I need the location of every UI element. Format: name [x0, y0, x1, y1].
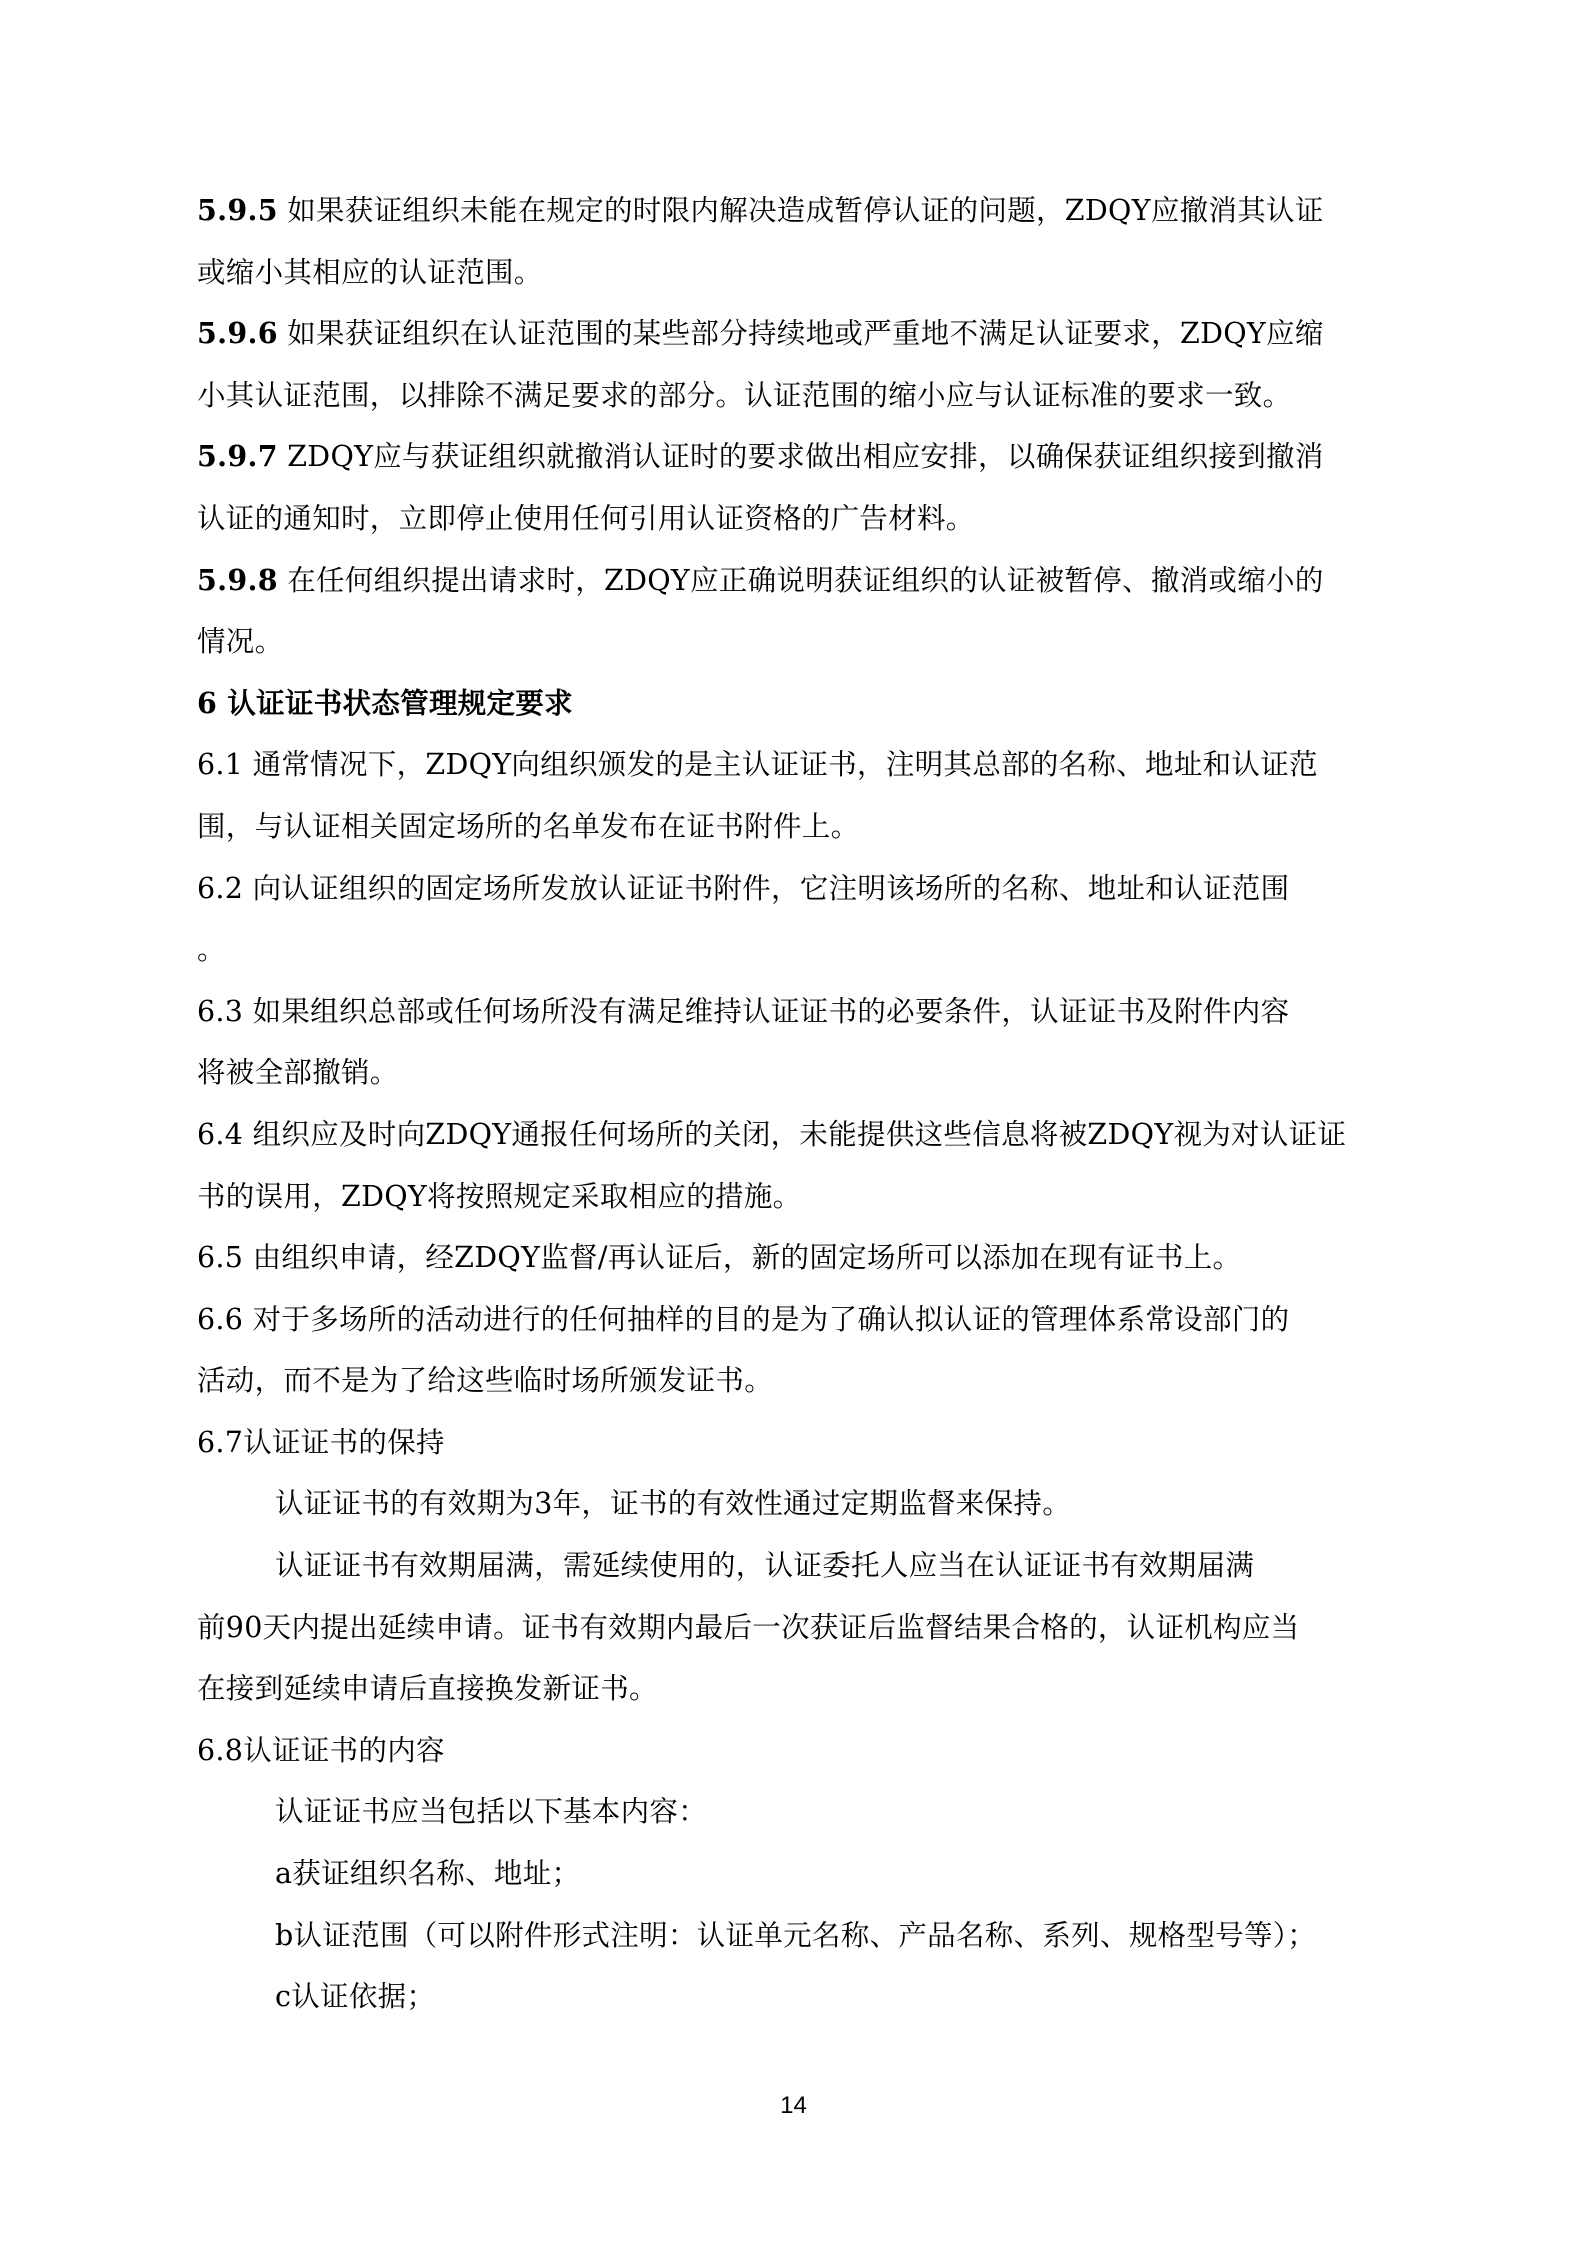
clause-6-7-heading: 6.7认证证书的保持: [197, 1412, 1429, 1474]
clause-6-7-body-line-4: 在接到延续申请后直接换发新证书。: [197, 1658, 1429, 1720]
clause-6-1-line-1: 6.1 通常情况下，ZDQY向组织颁发的是主认证证书，注明其总部的名称、地址和认…: [197, 734, 1429, 796]
clause-6-2-line-2: 。: [197, 919, 1429, 981]
clause-6-8-item-a: a获证组织名称、地址；: [197, 1843, 1429, 1905]
clause-6-2-line-1: 6.2 向认证组织的固定场所发放认证证书附件，它注明该场所的名称、地址和认证范围: [197, 858, 1429, 920]
clause-number: 5.9.7: [197, 439, 278, 473]
clause-6-8-item-b: b认证范围（可以附件形式注明：认证单元名称、产品名称、系列、规格型号等）；: [197, 1905, 1429, 1967]
clause-6-1-line-2: 围，与认证相关固定场所的名单发布在证书附件上。: [197, 796, 1429, 858]
clause-5-9-7-line-1: 5.9.7 ZDQY应与获证组织就撤消认证时的要求做出相应安排，以确保获证组织接…: [197, 426, 1429, 488]
clause-number: 5.9.8: [197, 563, 278, 597]
clause-6-7-body-line-1: 认证证书的有效期为3年，证书的有效性通过定期监督来保持。: [197, 1473, 1429, 1535]
clause-6-5: 6.5 由组织申请，经ZDQY监督/再认证后，新的固定场所可以添加在现有证书上。: [197, 1227, 1429, 1289]
clause-6-4-line-1: 6.4 组织应及时向ZDQY通报任何场所的关闭，未能提供这些信息将被ZDQY视为…: [197, 1104, 1429, 1166]
clause-text: 认证的通知时，立即停止使用任何引用认证资格的广告材料。: [197, 502, 975, 535]
clause-text: 在任何组织提出请求时，ZDQY应正确说明获证组织的认证被暂停、撤消或缩小的: [278, 564, 1324, 597]
clause-number: 5.9.5: [197, 193, 278, 227]
section-6-heading: 6 认证证书状态管理规定要求: [197, 673, 1429, 735]
clause-6-8-intro: 认证证书应当包括以下基本内容：: [197, 1781, 1429, 1843]
clause-text: ZDQY应与获证组织就撤消认证时的要求做出相应安排，以确保获证组织接到撤消: [278, 440, 1324, 473]
clause-text: 如果获证组织未能在规定的时限内解决造成暂停认证的问题，ZDQY应撤消其认证: [278, 194, 1324, 227]
clause-5-9-6-line-2: 小其认证范围，以排除不满足要求的部分。认证范围的缩小应与认证标准的要求一致。: [197, 365, 1429, 427]
clause-6-3-line-1: 6.3 如果组织总部或任何场所没有满足维持认证证书的必要条件，认证证书及附件内容: [197, 981, 1429, 1043]
clause-text: 如果获证组织在认证范围的某些部分持续地或严重地不满足认证要求，ZDQY应缩: [278, 317, 1324, 350]
clause-text: 小其认证范围，以排除不满足要求的部分。认证范围的缩小应与认证标准的要求一致。: [197, 379, 1291, 412]
document-page: 5.9.5 如果获证组织未能在规定的时限内解决造成暂停认证的问题，ZDQY应撤消…: [197, 180, 1429, 2028]
clause-5-9-5-line-2: 或缩小其相应的认证范围。: [197, 242, 1429, 304]
clause-6-8-item-c: c认证依据；: [197, 1966, 1429, 2028]
clause-5-9-5-line-1: 5.9.5 如果获证组织未能在规定的时限内解决造成暂停认证的问题，ZDQY应撤消…: [197, 180, 1429, 242]
clause-6-4-line-2: 书的误用，ZDQY将按照规定采取相应的措施。: [197, 1166, 1429, 1228]
clause-6-6-line-2: 活动，而不是为了给这些临时场所颁发证书。: [197, 1350, 1429, 1412]
clause-6-6-line-1: 6.6 对于多场所的活动进行的任何抽样的目的是为了确认拟认证的管理体系常设部门的: [197, 1289, 1429, 1351]
clause-text: 或缩小其相应的认证范围。: [197, 256, 543, 289]
clause-5-9-7-line-2: 认证的通知时，立即停止使用任何引用认证资格的广告材料。: [197, 488, 1429, 550]
clause-6-8-heading: 6.8认证证书的内容: [197, 1720, 1429, 1782]
clause-6-3-line-2: 将被全部撤销。: [197, 1042, 1429, 1104]
clause-6-7-body-line-3: 前90天内提出延续申请。证书有效期内最后一次获证后监督结果合格的，认证机构应当: [197, 1597, 1429, 1659]
clause-text: 情况。: [197, 625, 283, 658]
clause-5-9-8-line-1: 5.9.8 在任何组织提出请求时，ZDQY应正确说明获证组织的认证被暂停、撤消或…: [197, 550, 1429, 612]
clause-6-7-body-line-2: 认证证书有效期届满，需延续使用的，认证委托人应当在认证证书有效期届满: [197, 1535, 1429, 1597]
clause-5-9-8-line-2: 情况。: [197, 611, 1429, 673]
clause-number: 5.9.6: [197, 316, 278, 350]
clause-5-9-6-line-1: 5.9.6 如果获证组织在认证范围的某些部分持续地或严重地不满足认证要求，ZDQ…: [197, 303, 1429, 365]
page-number: 14: [0, 2092, 1587, 2120]
